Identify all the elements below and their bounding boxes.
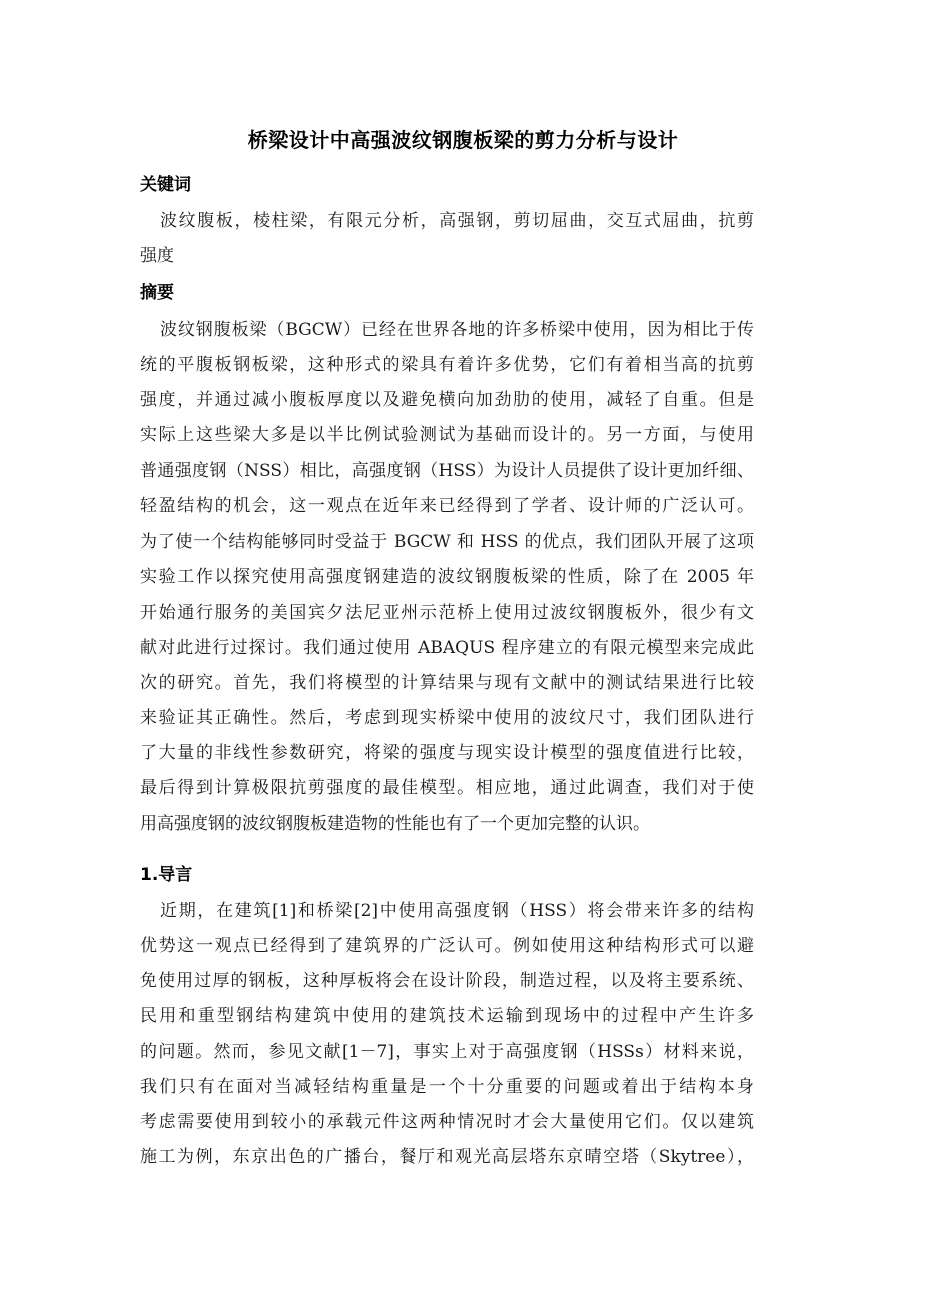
introduction-line: 优势这一观点已经得到了建筑界的广泛认可。例如使用这种结构形式可以避 (140, 931, 754, 956)
keywords-heading: 关键词 (140, 170, 191, 195)
introduction-line: 免使用过厚的钢板，这种厚板将会在设计阶段，制造过程，以及将主要系统、 (140, 966, 754, 991)
abstract-line: 开始通行服务的美国宾夕法尼亚州示范桥上使用过波纹钢腹板外，很少有文 (140, 598, 754, 623)
abstract-line: 强度，并通过减小腹板厚度以及避免横向加劲肋的使用，减轻了自重。但是 (140, 385, 754, 410)
introduction-line: 我们只有在面对当减轻结构重量是一个十分重要的问题或着出于结构本身 (140, 1072, 754, 1097)
abstract-line: 用高强度钢的波纹钢腹板建造物的性能也有了一个更加完整的认识。 (140, 809, 754, 834)
introduction-line: 施工为例，东京出色的广播台，餐厅和观光高层塔东京晴空塔（Skytree）， (140, 1142, 754, 1167)
introduction-line: 民用和重型钢结构建筑中使用的建筑技术运输到现场中的过程中产生许多 (140, 1001, 754, 1026)
abstract-line: 实验工作以探究使用高强度钢建造的波纹钢腹板梁的性质，除了在 2005 年 (140, 562, 754, 587)
introduction-line: 的问题。然而，参见文献[1－7]，事实上对于高强度钢（HSSs）材料来说， (140, 1037, 754, 1062)
abstract-line: 来验证其正确性。然后，考虑到现实桥梁中使用的波纹尺寸，我们团队进行 (140, 703, 754, 728)
keywords-line: 波纹腹板，棱柱梁，有限元分析，高强钢，剪切屈曲，交互式屈曲，抗剪 (160, 206, 754, 231)
abstract-line: 轻盈结构的机会，这一观点在近年来已经得到了学者、设计师的广泛认可。 (140, 491, 754, 516)
abstract-line: 普通强度钢（NSS）相比，高强度钢（HSS）为设计人员提供了设计更加纤细、 (140, 456, 754, 481)
abstract-line: 最后得到计算极限抗剪强度的最佳模型。相应地，通过此调查，我们对于使 (140, 773, 754, 798)
introduction-heading: 1.导言 (140, 860, 192, 885)
abstract-line: 了大量的非线性参数研究，将梁的强度与现实设计模型的强度值进行比较， (140, 738, 754, 763)
abstract-line: 统的平腹板钢板梁，这种形式的梁具有着许多优势，它们有着相当高的抗剪 (140, 350, 754, 375)
abstract-line: 实际上这些梁大多是以半比例试验测试为基础而设计的。另一方面，与使用 (140, 420, 754, 445)
abstract-heading: 摘要 (140, 278, 174, 303)
document-title: 桥梁设计中高强波纹钢腹板梁的剪力分析与设计 (0, 124, 926, 153)
abstract-line: 次的研究。首先，我们将模型的计算结果与现有文献中的测试结果进行比较 (140, 668, 754, 693)
introduction-line: 近期，在建筑[1]和桥梁[2]中使用高强度钢（HSS）将会带来许多的结构 (160, 896, 754, 921)
abstract-line: 波纹钢腹板梁（BGCW）已经在世界各地的许多桥梁中使用，因为相比于传 (160, 315, 754, 340)
keywords-line: 强度 (140, 241, 754, 266)
document-page: 桥梁设计中高强波纹钢腹板梁的剪力分析与设计 关键词 波纹腹板，棱柱梁，有限元分析… (0, 0, 926, 1309)
introduction-line: 考虑需要使用到较小的承载元件这两种情况时才会大量使用它们。仅以建筑 (140, 1107, 754, 1132)
abstract-line: 为了使一个结构能够同时受益于 BGCW 和 HSS 的优点，我们团队开展了这项 (140, 527, 754, 552)
abstract-line: 献对此进行过探讨。我们通过使用 ABAQUS 程序建立的有限元模型来完成此 (140, 633, 754, 658)
